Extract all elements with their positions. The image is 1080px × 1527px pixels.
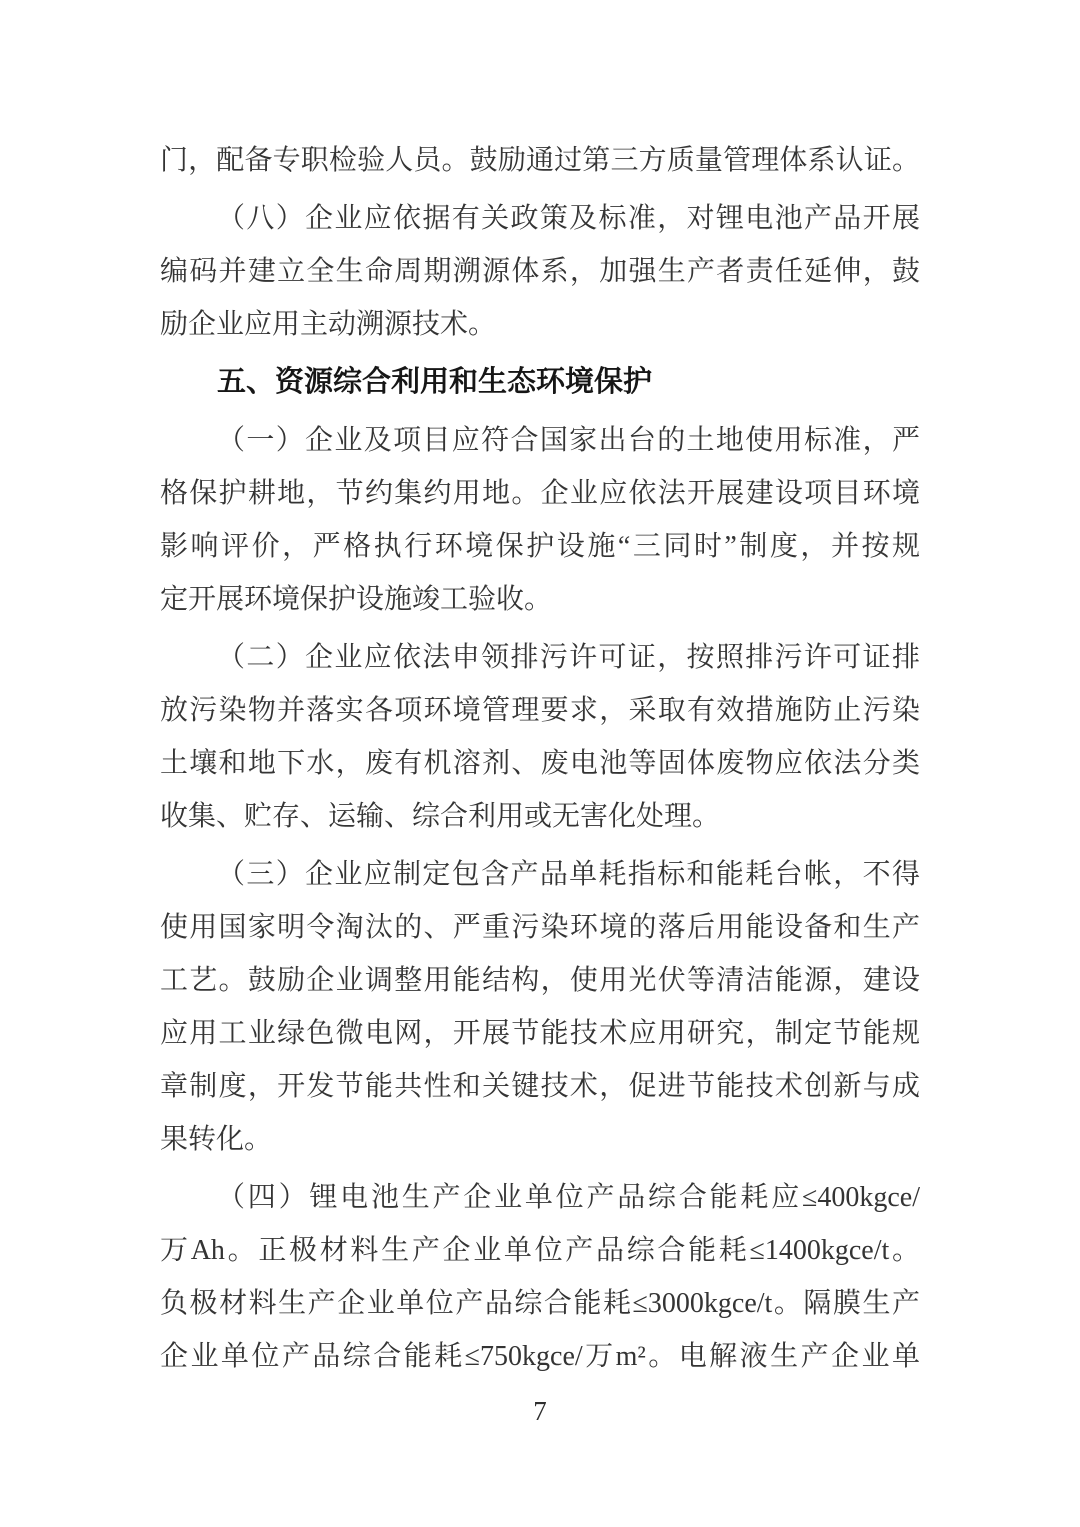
text-line: 励企业应用主动溯源技术。 bbox=[160, 298, 920, 351]
text-line: （八）企业应依据有关政策及标准，对锂电池产品开展 bbox=[160, 192, 920, 245]
text-line: （一）企业及项目应符合国家出台的土地使用标准，严 bbox=[160, 414, 920, 467]
document-page: 门，配备专职检验人员。鼓励通过第三方质量管理体系认证。（八）企业应依据有关政策及… bbox=[0, 0, 1080, 1527]
page-footer: 7 bbox=[0, 1391, 1080, 1431]
text-line: 门，配备专职检验人员。鼓励通过第三方质量管理体系认证。 bbox=[160, 134, 920, 187]
paragraph: （一）企业及项目应符合国家出台的土地使用标准，严格保护耕地，节约集约用地。企业应… bbox=[160, 414, 920, 626]
text-line: 负极材料生产企业单位产品综合能耗≤3000kgce/t。隔膜生产 bbox=[160, 1277, 920, 1330]
paragraph: （八）企业应依据有关政策及标准，对锂电池产品开展编码并建立全生命周期溯源体系，加… bbox=[160, 192, 920, 351]
text-line: 收集、贮存、运输、综合利用或无害化处理。 bbox=[160, 790, 920, 843]
paragraph: （二）企业应依法申领排污许可证，按照排污许可证排放污染物并落实各项环境管理要求，… bbox=[160, 631, 920, 843]
text-line: （三）企业应制定包含产品单耗指标和能耗台帐，不得 bbox=[160, 848, 920, 901]
text-line: 放污染物并落实各项环境管理要求，采取有效措施防止污染 bbox=[160, 684, 920, 737]
text-line: 应用工业绿色微电网，开展节能技术应用研究，制定节能规 bbox=[160, 1007, 920, 1060]
text-line: （四）锂电池生产企业单位产品综合能耗应≤400kgce/ bbox=[160, 1171, 920, 1224]
text-line: 企业单位产品综合能耗≤750kgce/万m²。电解液生产企业单 bbox=[160, 1330, 920, 1383]
paragraph: （三）企业应制定包含产品单耗指标和能耗台帐，不得使用国家明令淘汰的、严重污染环境… bbox=[160, 848, 920, 1166]
text-line: 工艺。鼓励企业调整用能结构，使用光伏等清洁能源，建设 bbox=[160, 954, 920, 1007]
text-line: （二）企业应依法申领排污许可证，按照排污许可证排 bbox=[160, 631, 920, 684]
text-line: 定开展环境保护设施竣工验收。 bbox=[160, 573, 920, 626]
text-line: 格保护耕地，节约集约用地。企业应依法开展建设项目环境 bbox=[160, 467, 920, 520]
text-line: 使用国家明令淘汰的、严重污染环境的落后用能设备和生产 bbox=[160, 901, 920, 954]
document-body: 门，配备专职检验人员。鼓励通过第三方质量管理体系认证。（八）企业应依据有关政策及… bbox=[160, 134, 920, 1383]
text-line: 编码并建立全生命周期溯源体系，加强生产者责任延伸，鼓 bbox=[160, 245, 920, 298]
heading-text-line: 五、资源综合利用和生态环境保护 bbox=[160, 356, 920, 409]
text-line: 影响评价，严格执行环境保护设施“三同时”制度，并按规 bbox=[160, 520, 920, 573]
page-number: 7 bbox=[533, 1396, 547, 1426]
paragraph: （四）锂电池生产企业单位产品综合能耗应≤400kgce/万Ah。正极材料生产企业… bbox=[160, 1171, 920, 1383]
section-heading: 五、资源综合利用和生态环境保护 bbox=[160, 356, 920, 409]
text-line: 万Ah。正极材料生产企业单位产品综合能耗≤1400kgce/t。 bbox=[160, 1224, 920, 1277]
text-line: 果转化。 bbox=[160, 1113, 920, 1166]
text-line: 章制度，开发节能共性和关键技术，促进节能技术创新与成 bbox=[160, 1060, 920, 1113]
paragraph: 门，配备专职检验人员。鼓励通过第三方质量管理体系认证。 bbox=[160, 134, 920, 187]
text-line: 土壤和地下水，废有机溶剂、废电池等固体废物应依法分类 bbox=[160, 737, 920, 790]
